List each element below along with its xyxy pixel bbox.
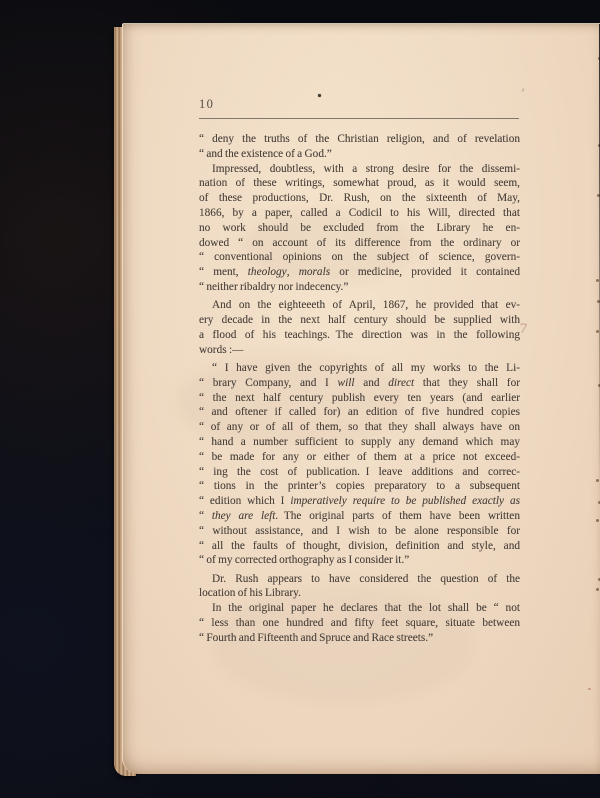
pencil-mark: 7 bbox=[518, 322, 528, 338]
text-line: location of his Library. bbox=[199, 586, 520, 601]
text-line: Dr. Rush appears to have considered the … bbox=[199, 572, 520, 587]
text-line: “ Fourth and Fifteenth and Spruce and Ra… bbox=[199, 631, 520, 646]
text-line: “ of my corrected orthography as I consi… bbox=[199, 553, 520, 568]
text-line: dowed “ on account of its difference fro… bbox=[199, 236, 520, 251]
text-line: “ they are left. The original parts of t… bbox=[199, 509, 520, 524]
text-line: “ neither ribaldry nor indecency.” bbox=[199, 280, 520, 295]
text-line: nation of these writings, somewhat proud… bbox=[199, 176, 520, 191]
scan-background: 10 “ deny the truths of the Christian re… bbox=[0, 0, 600, 798]
text-line: “ tions in the printer’s copies preparat… bbox=[199, 479, 520, 494]
text-line: ery decade in the next half century shou… bbox=[199, 313, 520, 328]
ink-speck bbox=[318, 94, 321, 97]
text-line: words :— bbox=[199, 343, 520, 358]
text-line: of these productions, Dr. Rush, on the s… bbox=[199, 191, 520, 206]
text-line: “ I have given the copyrights of all my … bbox=[199, 361, 520, 376]
text-line: “ ment, theology, morals or medicine, pr… bbox=[199, 265, 520, 280]
text-line: “ brary Company, and I will and direct t… bbox=[199, 376, 520, 391]
stitch-hole bbox=[596, 588, 599, 591]
header-rule bbox=[199, 118, 519, 119]
stitch-hole bbox=[596, 519, 599, 522]
text-line: a flood of his teachings. The direction … bbox=[199, 328, 520, 343]
text-line: “ all the faults of thought, division, d… bbox=[199, 539, 520, 554]
text-line: Impressed, doubtless, with a strong desi… bbox=[199, 162, 520, 177]
text-line: “ ing the cost of publication. I leave a… bbox=[199, 465, 520, 480]
text-line: “ of any or of all of them, so that they… bbox=[199, 420, 520, 435]
red-speck bbox=[588, 688, 591, 690]
text-line: “ conventional opinions on the subject o… bbox=[199, 250, 520, 265]
text-line: no work should be excluded from the Libr… bbox=[199, 221, 520, 236]
text-line: And on the eighteeeth of April, 1867, he… bbox=[199, 298, 520, 313]
faint-speck bbox=[521, 88, 524, 92]
text-line: “ less than one hundred and fifty feet s… bbox=[199, 616, 520, 631]
text-line: In the original paper he declares that t… bbox=[199, 601, 520, 616]
book-page: 10 “ deny the truths of the Christian re… bbox=[122, 23, 600, 774]
page-number: 10 bbox=[199, 97, 214, 112]
text-line: “ the next half century publish every te… bbox=[199, 391, 520, 406]
text-line: “ and oftener if called for) an edition … bbox=[199, 405, 520, 420]
text-line: “ edition which I imperatively require t… bbox=[199, 494, 520, 509]
text-line: “ be made for any or either of them at a… bbox=[199, 450, 520, 465]
page-text: “ deny the truths of the Christian relig… bbox=[199, 132, 520, 646]
text-line: 1866, by a paper, called a Codicil to hi… bbox=[199, 206, 520, 221]
text-line: “ deny the truths of the Christian relig… bbox=[199, 132, 520, 147]
text-line: “ hand a number sufficient to supply any… bbox=[199, 435, 520, 450]
text-line: “ without assistance, and I wish to be a… bbox=[199, 524, 520, 539]
text-line: “ and the existence of a God.” bbox=[199, 147, 520, 162]
